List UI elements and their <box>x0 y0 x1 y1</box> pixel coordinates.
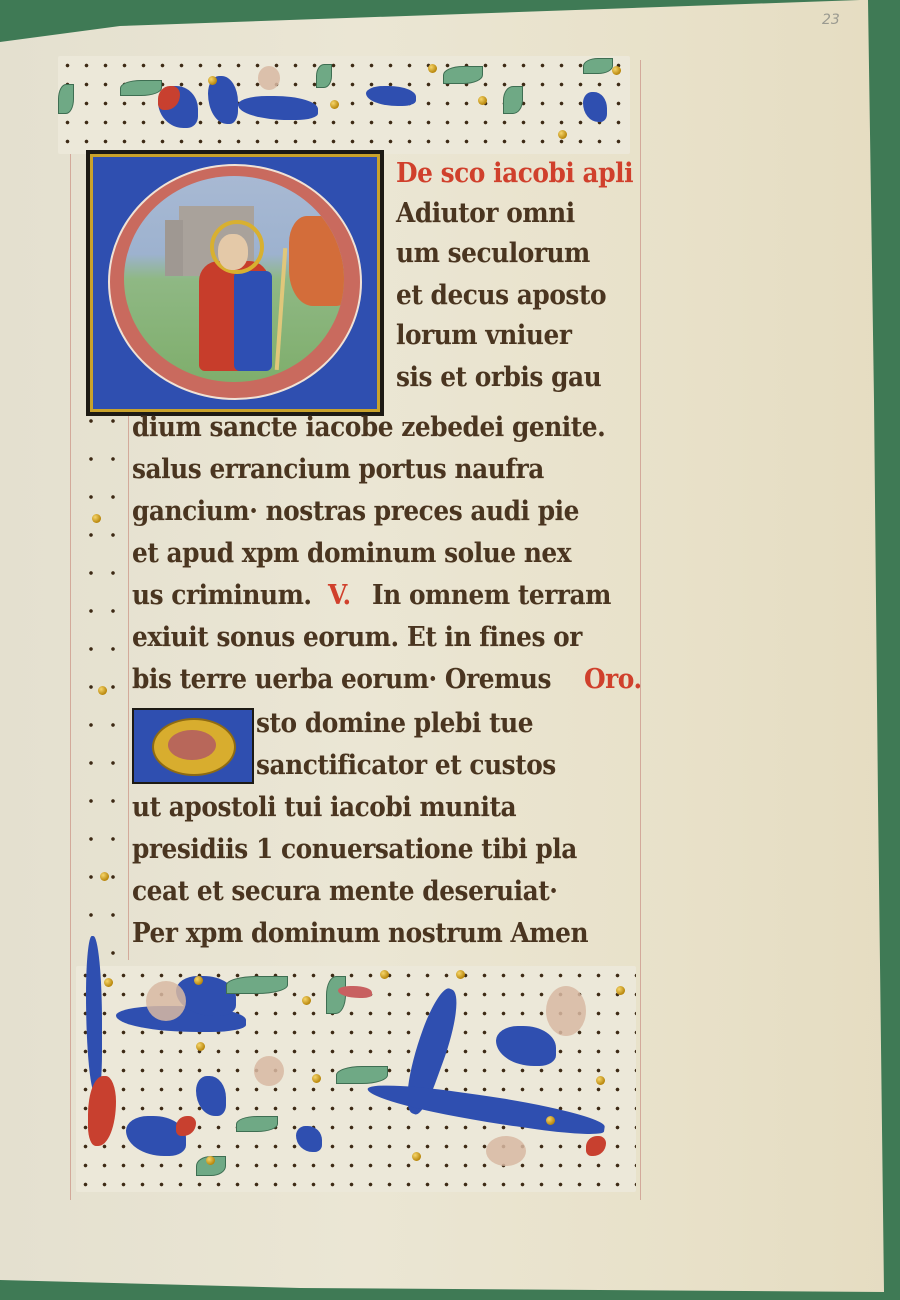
gold-bezant-icon <box>92 514 101 523</box>
green-leaf-icon <box>336 1066 388 1084</box>
gold-bezant-icon <box>596 1076 605 1085</box>
collect-line: sto domine plebi tue <box>256 708 533 739</box>
manuscript-page: 23 <box>0 0 900 1300</box>
initial-letter-e-icon <box>152 718 236 776</box>
text-line: exiuit sonus eorum. Et in fines or <box>132 622 582 653</box>
text-line: dium sancte iacobe zebedei genite. <box>132 412 605 443</box>
ruling-line <box>70 60 71 1200</box>
text-line: salus errancium portus naufra <box>132 454 544 485</box>
gold-bezant-icon <box>302 996 311 1005</box>
acanthus-leaf-icon <box>238 96 318 120</box>
gold-bezant-icon <box>456 970 465 979</box>
text-line: gancium· nostras preces audi pie <box>132 496 579 527</box>
blue-flower-icon <box>296 1126 322 1152</box>
collect-line: ut apostoli tui iacobi munita <box>132 792 516 823</box>
gold-bezant-icon <box>428 64 437 73</box>
text-line: lorum vniuer <box>396 320 571 351</box>
collect-line: Per xpm dominum nostrum Amen <box>132 918 588 949</box>
text-line: et apud xpm dominum solue nex <box>132 538 571 569</box>
gold-bezant-icon <box>330 100 339 109</box>
pilgrim-staff-icon <box>275 248 288 370</box>
versicle-text: In omnem terram <box>372 580 611 611</box>
gold-bezant-icon <box>478 96 487 105</box>
collect-line: presidiis 1 conuersatione tibi pla <box>132 834 577 865</box>
top-border-decoration <box>58 56 630 154</box>
green-leaf-icon <box>236 1116 278 1132</box>
text-line: et decus aposto <box>396 280 606 311</box>
red-leaf-icon <box>88 1076 116 1146</box>
rock-icon <box>289 216 344 306</box>
pink-leaf-icon <box>258 66 280 90</box>
acanthus-leaf-icon <box>196 1076 226 1116</box>
green-leaf-icon <box>120 80 162 96</box>
pink-leaf-icon <box>146 981 186 1021</box>
gold-bezant-icon <box>98 686 107 695</box>
green-leaf-icon <box>583 58 613 74</box>
pink-leaf-icon <box>546 986 586 1036</box>
gold-bezant-icon <box>558 130 567 139</box>
text-line: sis et orbis gau <box>396 362 601 393</box>
text-line: us criminum. <box>132 580 312 611</box>
margin-dots-decoration <box>80 402 122 962</box>
oratio-marker: Oro. <box>584 664 642 695</box>
pink-leaf-icon <box>486 1136 526 1166</box>
decorated-initial-e <box>132 708 254 784</box>
red-bud-icon <box>176 1116 196 1136</box>
red-bud-icon <box>586 1136 606 1156</box>
green-leaf-icon <box>226 976 288 994</box>
text-line: um seculorum <box>396 238 590 269</box>
gold-bezant-icon <box>206 1156 215 1165</box>
gold-bezant-icon <box>616 986 625 995</box>
acanthus-leaf-icon <box>496 1026 556 1066</box>
acanthus-leaf-icon <box>365 1079 606 1138</box>
green-leaf-icon <box>503 86 523 114</box>
flower-icon <box>366 86 416 106</box>
gold-bezant-icon <box>612 66 621 75</box>
text-line: Adiutor omni <box>396 198 575 229</box>
acanthus-leaf-icon <box>583 92 607 122</box>
green-leaf-icon <box>316 64 332 88</box>
green-leaf-icon <box>443 66 483 84</box>
saint-tunic <box>234 271 272 371</box>
gold-bezant-icon <box>208 76 217 85</box>
gold-bezant-icon <box>380 970 389 979</box>
gold-bezant-icon <box>412 1152 421 1161</box>
gold-bezant-icon <box>312 1074 321 1083</box>
gold-bezant-icon <box>100 872 109 881</box>
versicle-marker: V. <box>328 580 351 611</box>
gold-bezant-icon <box>546 1116 555 1125</box>
miniature-scene <box>124 176 344 382</box>
gold-bezant-icon <box>194 976 203 985</box>
text-line: bis terre uerba eorum· Oremus <box>132 664 551 695</box>
collect-line: ceat et secura mente deseruiat· <box>132 876 557 907</box>
folio-number: 23 <box>822 12 840 28</box>
green-leaf-icon <box>58 84 74 114</box>
historiated-initial-miniature <box>86 150 384 416</box>
rubric-heading: De sco iacobi apli <box>396 158 633 189</box>
pink-flower-icon <box>254 1056 284 1086</box>
gold-bezant-icon <box>104 978 113 987</box>
saint-head <box>218 234 248 270</box>
bottom-border-decoration <box>76 966 636 1192</box>
gold-bezant-icon <box>196 1042 205 1051</box>
ruling-line <box>128 400 129 960</box>
ruling-line <box>640 60 641 1200</box>
collect-line: sanctificator et custos <box>256 750 556 781</box>
